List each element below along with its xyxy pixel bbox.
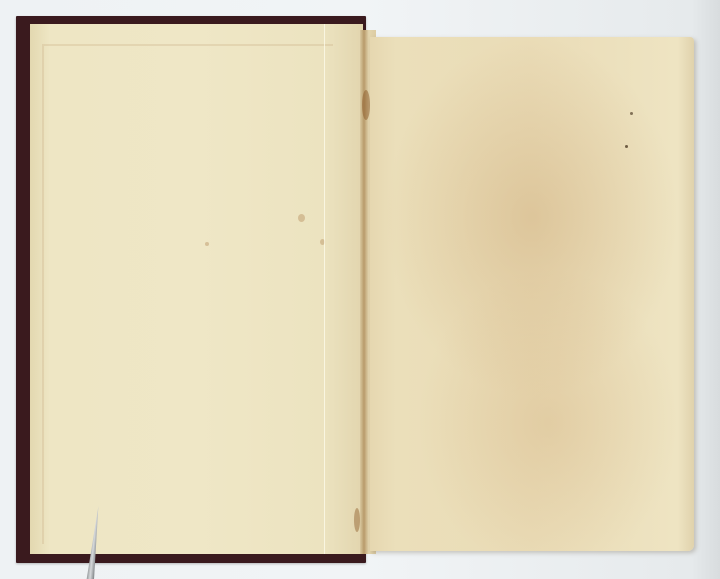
gutter-stain [362, 90, 370, 120]
scene-description: Open antique book showing blank, foxed e… [0, 0, 1, 1]
foxing-spot [320, 239, 325, 245]
left-endpaper [30, 24, 363, 554]
foxing-dot [625, 145, 628, 148]
foxing-dot [630, 112, 633, 115]
gutter-stain [354, 508, 360, 532]
right-flyleaf [370, 37, 694, 551]
foxing-spot [205, 242, 209, 246]
foxing-spot [298, 214, 305, 222]
